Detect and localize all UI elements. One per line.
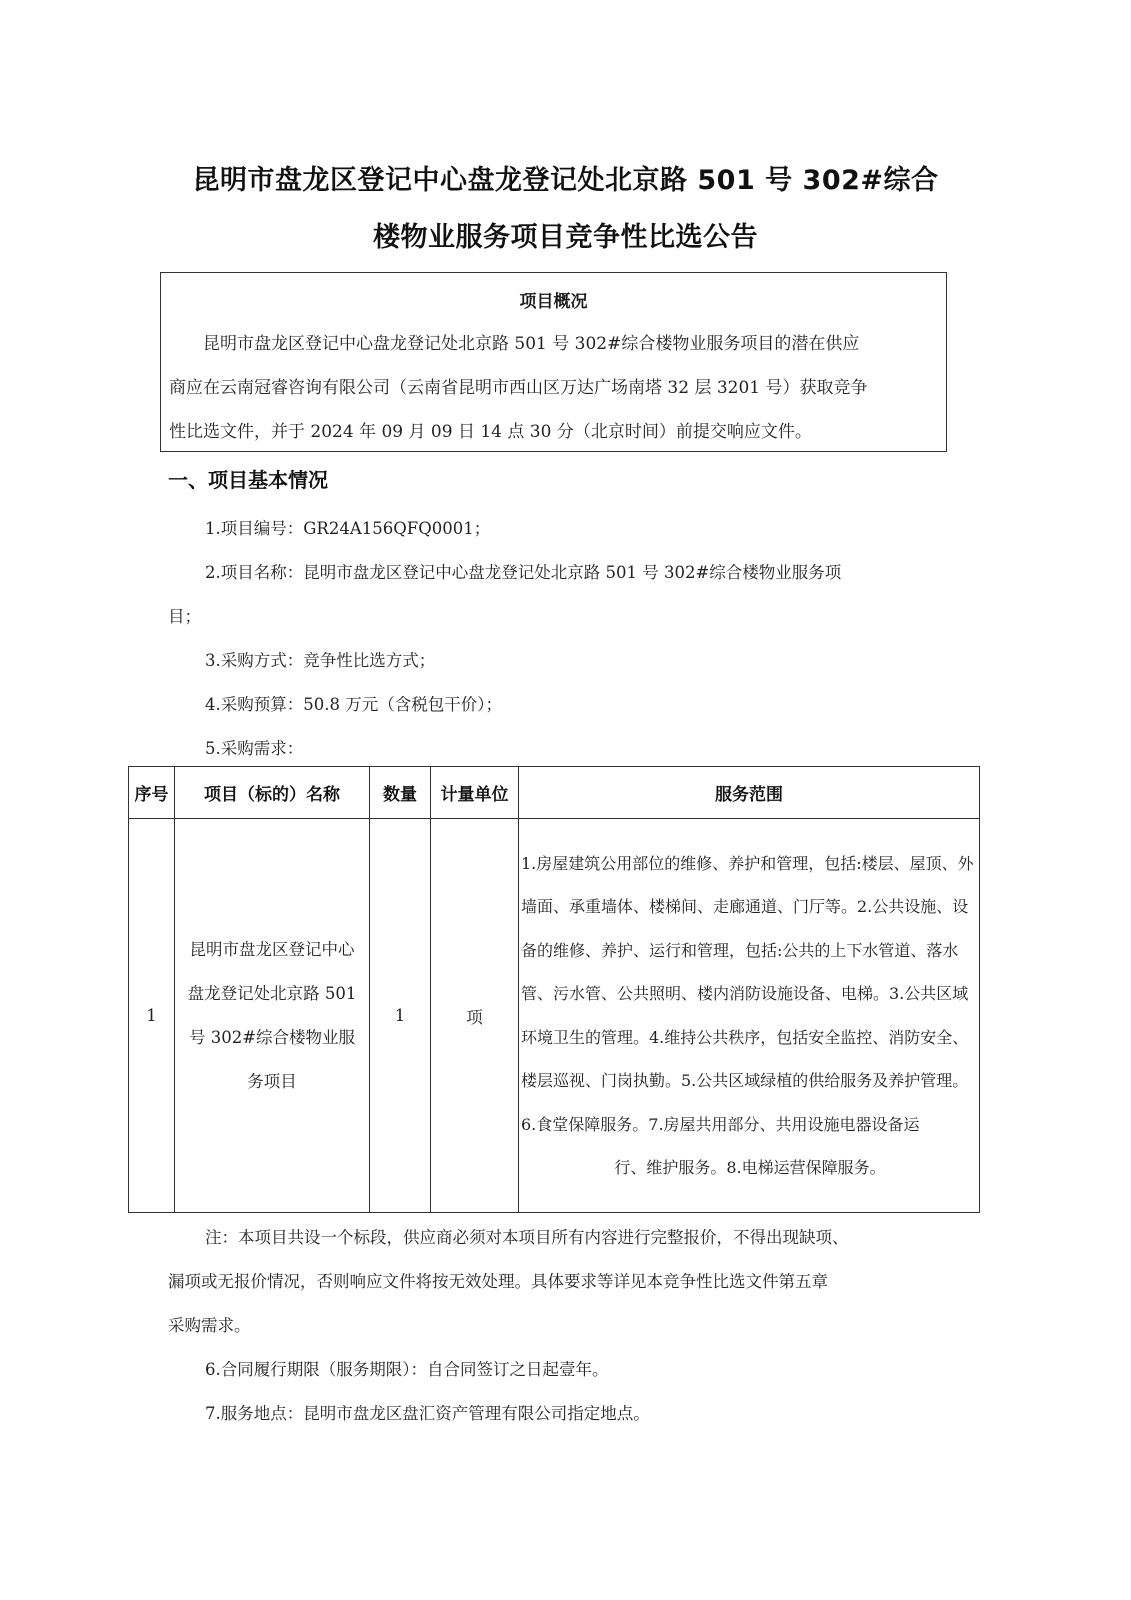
project-overview-box: 项目概况 昆明市盘龙区登记中心盘龙登记处北京路 501 号 302#综合楼物业服… (160, 272, 947, 452)
document-title-line-1: 昆明市盘龙区登记中心盘龙登记处北京路 501 号 302#综合 (0, 158, 1131, 197)
header-index: 序号 (129, 767, 175, 819)
cell-item-name: 昆明市盘龙区登记中心盘龙登记处北京路 501 号 302#综合楼物业服务项目 (175, 819, 370, 1213)
item-project-name-line-1: 2.项目名称：昆明市盘龙区登记中心盘龙登记处北京路 501 号 302#综合楼物… (205, 559, 841, 583)
item-procurement-budget: 4.采购预算：50.8 万元（含税包干价）； (205, 691, 502, 715)
header-item-name: 项目（标的）名称 (175, 767, 370, 819)
header-quantity: 数量 (370, 767, 431, 819)
item-procurement-method: 3.采购方式：竞争性比选方式； (205, 647, 435, 671)
item-procurement-requirements: 5.采购需求： (205, 735, 303, 759)
item-service-location: 7.服务地点：昆明市盘龙区盘汇资产管理有限公司指定地点。 (205, 1400, 650, 1424)
document-title-line-2: 楼物业服务项目竞争性比选公告 (0, 215, 1131, 254)
item-project-name-line-2: 目； (168, 603, 201, 627)
note-line-3: 采购需求。 (168, 1312, 251, 1336)
overview-line-1: 昆明市盘龙区登记中心盘龙登记处北京路 501 号 302#综合楼物业服务项目的潜… (169, 329, 859, 354)
service-scope-last-line: 行、维护服务。8.电梯运营保障服务。 (521, 1146, 979, 1190)
cell-quantity: 1 (370, 819, 431, 1213)
item-contract-period: 6.合同履行期限（服务期限）：自合同签订之日起壹年。 (205, 1356, 609, 1380)
overview-line-3: 性比选文件，并于 2024 年 09 月 09 日 14 点 30 分（北京时间… (169, 417, 812, 442)
note-line-2: 漏项或无报价情况，否则响应文件将按无效处理。具体要求等详见本竞争性比选文件第五章 (168, 1268, 828, 1292)
note-line-1: 注：本项目共设一个标段，供应商必须对本项目所有内容进行完整报价，不得出现缺项、 (205, 1224, 849, 1248)
table-row: 1 昆明市盘龙区登记中心盘龙登记处北京路 501 号 302#综合楼物业服务项目… (129, 819, 980, 1213)
cell-service-scope: 1.房屋建筑公用部位的维修、养护和管理，包括:楼层、屋顶、外墙面、承重墙体、楼梯… (519, 819, 980, 1213)
requirements-table: 序号 项目（标的）名称 数量 计量单位 服务范围 1 昆明市盘龙区登记中心盘龙登… (128, 766, 980, 1213)
overview-heading: 项目概况 (161, 287, 946, 312)
section-1-heading: 一、项目基本情况 (168, 464, 328, 493)
cell-index: 1 (129, 819, 175, 1213)
overview-line-2: 商应在云南冠睿咨询有限公司（云南省昆明市西山区万达广场南塔 32 层 3201 … (169, 373, 868, 398)
table-header-row: 序号 项目（标的）名称 数量 计量单位 服务范围 (129, 767, 980, 819)
service-scope-text: 1.房屋建筑公用部位的维修、养护和管理，包括:楼层、屋顶、外墙面、承重墙体、楼梯… (521, 854, 974, 1134)
cell-unit: 项 (431, 819, 519, 1213)
header-service-scope: 服务范围 (519, 767, 980, 819)
header-unit: 计量单位 (431, 767, 519, 819)
item-project-number: 1.项目编号：GR24A156QFQ0001； (205, 515, 490, 539)
